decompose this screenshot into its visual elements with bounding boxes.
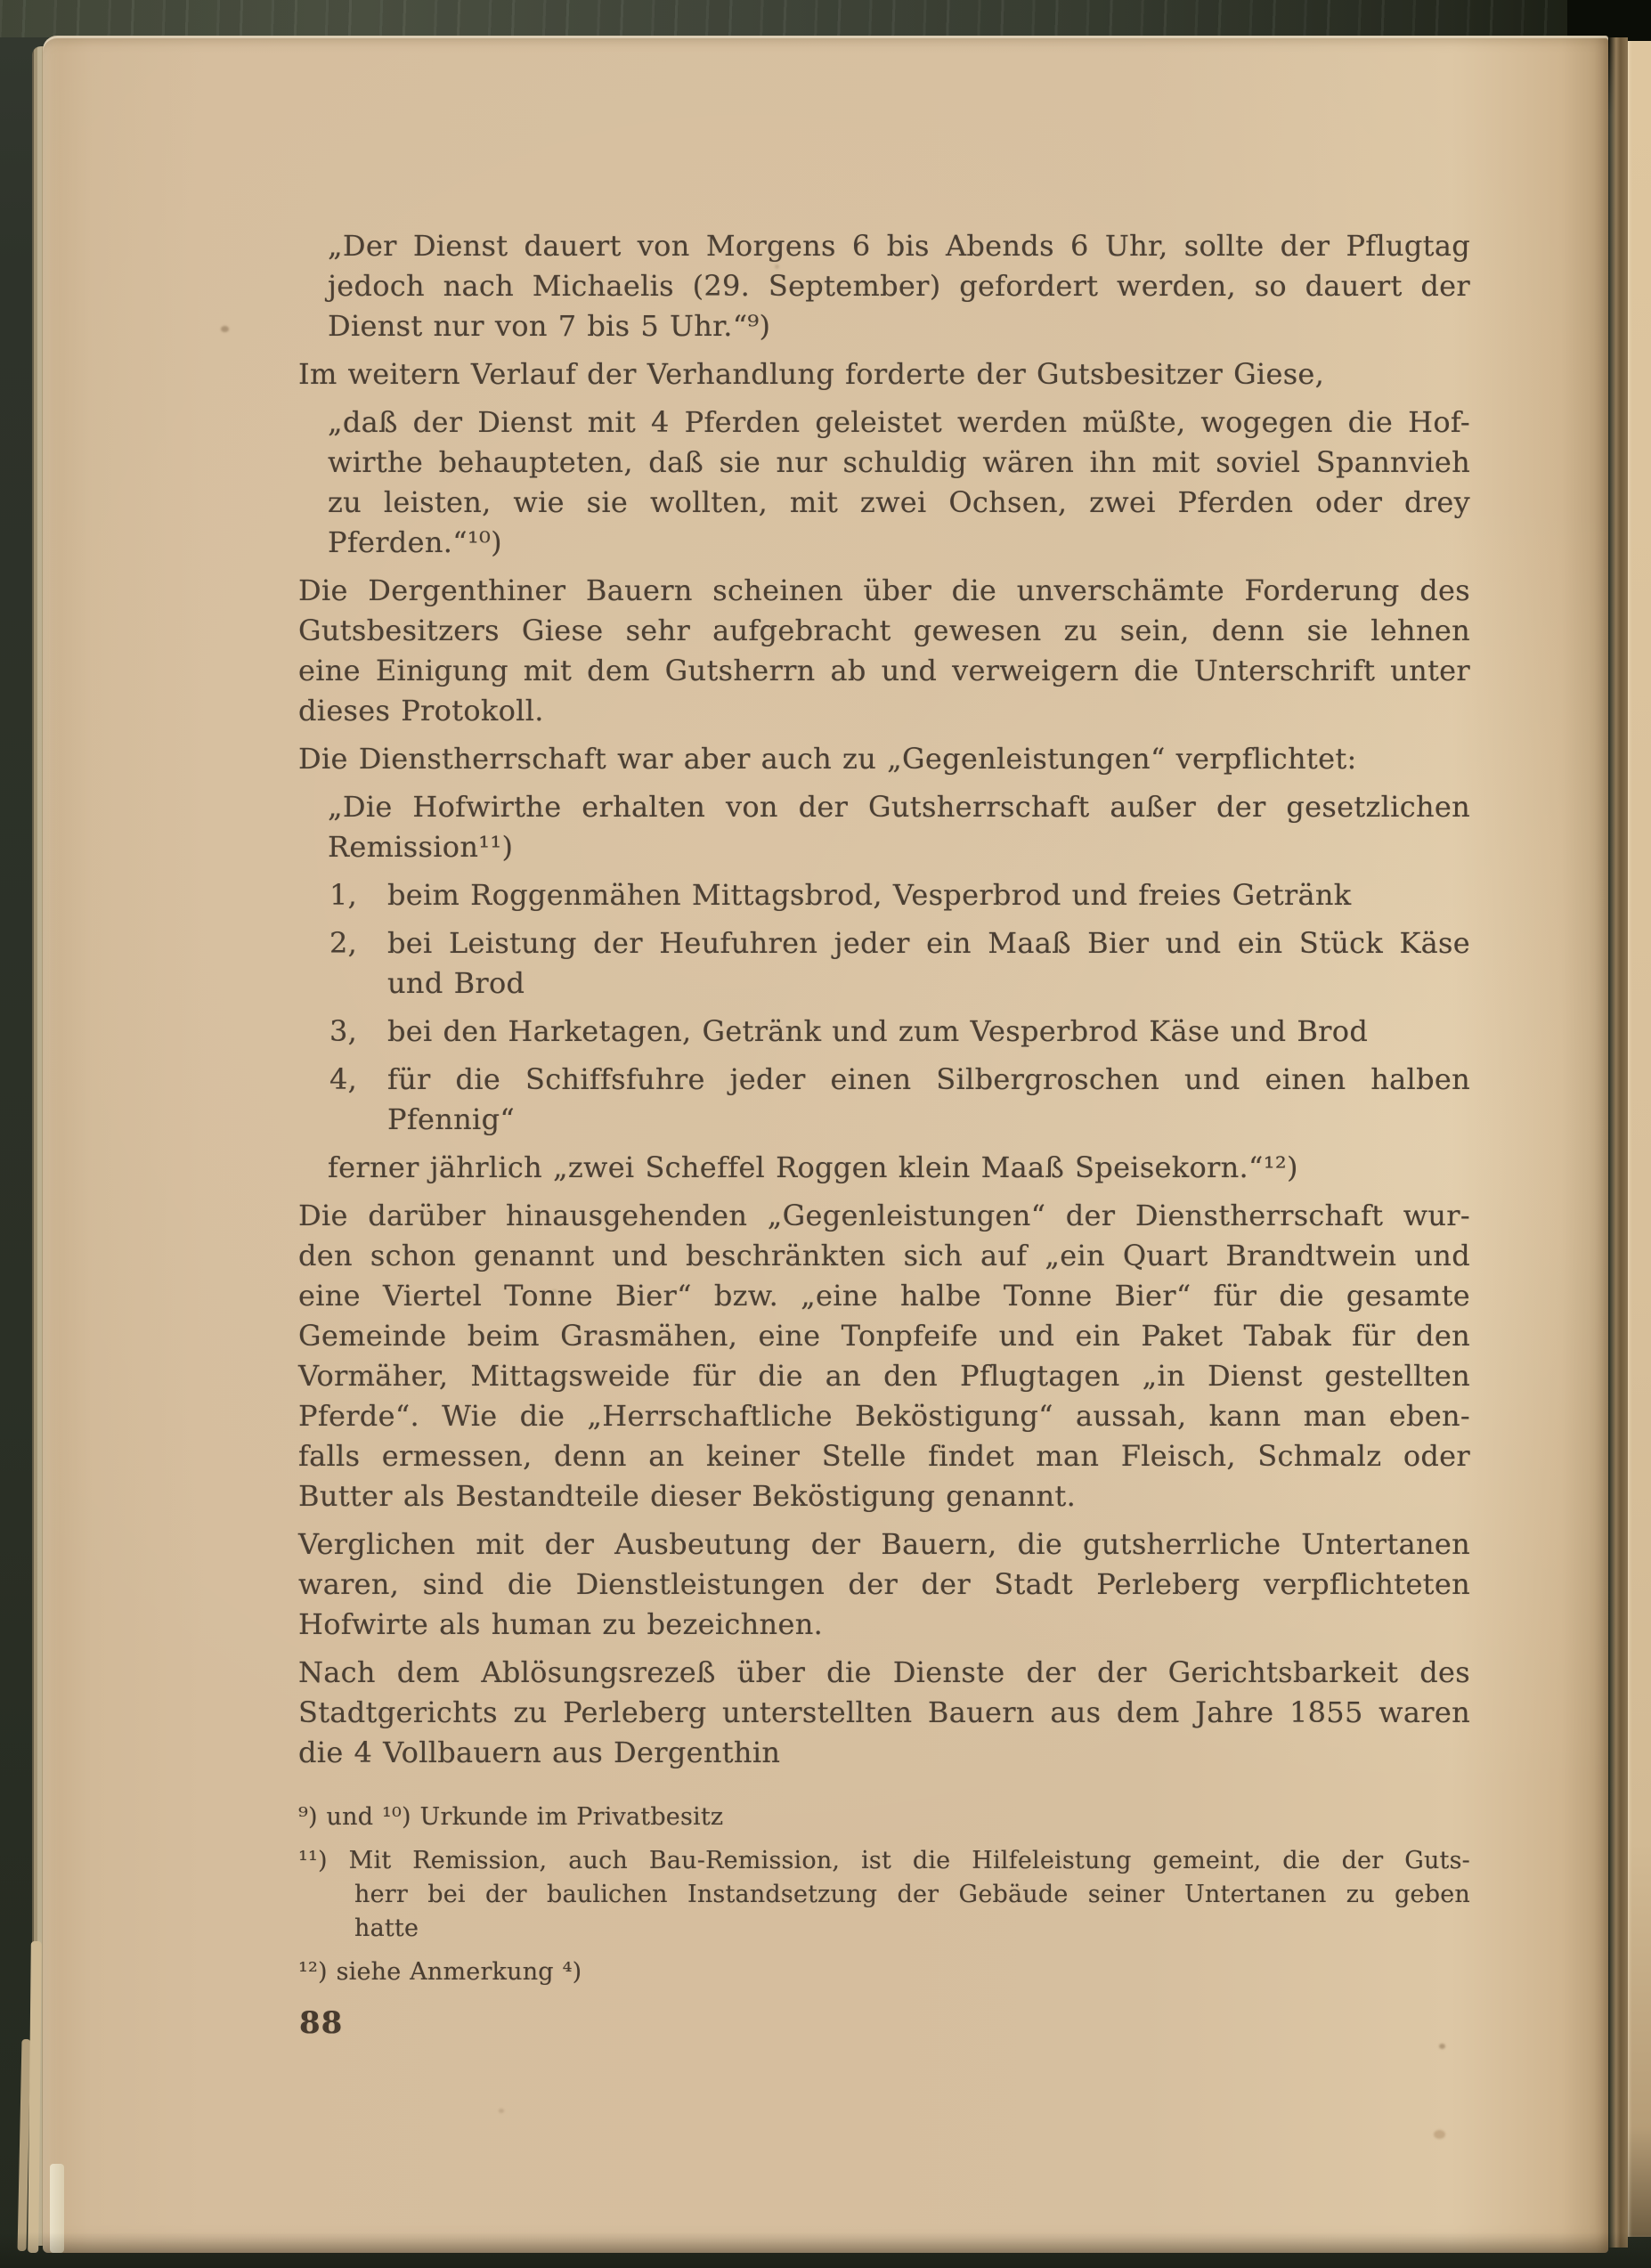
text-line: Stadtgerichts zu Perleberg unterstellten… [298, 1693, 1470, 1733]
paper-speck [499, 2109, 504, 2113]
text-line: Nach dem Ablösungsrezeß über die Dienste… [298, 1653, 1470, 1693]
text-line: die 4 Vollbauern aus Dergenthin [298, 1733, 1470, 1773]
text-line: ¹¹) Mit Remission, auch Bau-Remission, i… [354, 1844, 1470, 1878]
text-line: Butter als Bestandteile dieser Beköstigu… [298, 1476, 1470, 1516]
text-line: Die darüber hinausgehenden „Gegenleistun… [298, 1196, 1470, 1236]
paragraph: Im weitern Verlauf der Verhandlung forde… [298, 354, 1470, 394]
paper-speck [221, 326, 229, 332]
text-line: „Der Dienst dauert von Morgens 6 bis Abe… [328, 226, 1470, 266]
text-line: hatte [354, 1912, 1470, 1946]
text-line: Verglichen mit der Ausbeutung der Bauern… [298, 1524, 1470, 1565]
text-line: 4,für die Schiffsfuhre jeder einen Silbe… [387, 1060, 1470, 1100]
text-line: herr bei der baulichen Instandsetzung de… [354, 1878, 1470, 1912]
text-line: ⁹) und ¹⁰) Urkunde im Privatbesitz [354, 1801, 1470, 1834]
paragraph: Nach dem Ablösungsrezeß über die Dienste… [298, 1653, 1470, 1773]
text-line: Dienst nur von 7 bis 5 Uhr.“⁹) [328, 306, 1470, 346]
text-line: Die Dergenthiner Bauern scheinen über di… [298, 571, 1470, 611]
text-line: wirthe behaupteten, daß sie nur schuldig… [328, 443, 1470, 483]
list-item: 3,bei den Harketagen, Getränk und zum Ve… [298, 1012, 1470, 1052]
text-line: Die Dienstherrschaft war aber auch zu „G… [298, 739, 1470, 779]
list-marker: 1, [329, 875, 387, 915]
footnote: ¹¹) Mit Remission, auch Bau-Remission, i… [298, 1844, 1470, 1946]
quote-block: „daß der Dienst mit 4 Pferden geleistet … [298, 402, 1470, 563]
quote-continuation: ferner jährlich „zwei Scheffel Roggen kl… [298, 1148, 1470, 1188]
text-line: Hofwirte als human zu bezeichnen. [298, 1605, 1470, 1645]
text-line: „daß der Dienst mit 4 Pferden geleistet … [328, 402, 1470, 443]
text-line: „Die Hofwirthe erhalten von der Gutsherr… [328, 787, 1470, 827]
paragraph: Die darüber hinausgehenden „Gegenleistun… [298, 1196, 1470, 1516]
list-marker: 4, [329, 1060, 387, 1100]
text-line: 1,beim Roggenmähen Mittagsbrod, Vesperbr… [387, 875, 1470, 915]
text-line: ¹²) siehe Anmerkung ⁴) [354, 1955, 1470, 1989]
paragraph: Die Dergenthiner Bauern scheinen über di… [298, 571, 1470, 731]
page-number: 88 [299, 2005, 343, 2041]
background-top-band [0, 0, 1651, 37]
text-line: Gutsbesitzers Giese sehr aufgebracht gew… [298, 611, 1470, 651]
footnotes: ⁹) und ¹⁰) Urkunde im Privatbesitz¹¹) Mi… [298, 1801, 1470, 1989]
footnote: ⁹) und ¹⁰) Urkunde im Privatbesitz [298, 1801, 1470, 1834]
text-line: dieses Protokoll. [298, 691, 1470, 731]
book-photo-scene: „Der Dienst dauert von Morgens 6 bis Abe… [0, 0, 1651, 2268]
background-bottom-shadow [0, 2232, 1651, 2268]
paper-speck [1439, 2044, 1445, 2049]
text-line: den schon genannt und beschränkten sich … [298, 1236, 1470, 1276]
text-line: Remission¹¹) [328, 827, 1470, 867]
text-line: eine Einigung mit dem Gutsherrn ab und v… [298, 651, 1470, 691]
page-crease [1608, 37, 1628, 2248]
text-line: und Brod [387, 963, 1470, 1004]
text-line: ferner jährlich „zwei Scheffel Roggen kl… [328, 1148, 1470, 1188]
list-marker: 2, [329, 923, 387, 963]
list-item: 4,für die Schiffsfuhre jeder einen Silbe… [298, 1060, 1470, 1140]
text-line: 3,bei den Harketagen, Getränk und zum Ve… [387, 1012, 1470, 1052]
next-page-edge [1628, 41, 1651, 2237]
text-line: jedoch nach Michaelis (29. September) ge… [328, 266, 1470, 306]
list-item: 1,beim Roggenmähen Mittagsbrod, Vesperbr… [298, 875, 1470, 915]
paragraph: Verglichen mit der Ausbeutung der Bauern… [298, 1524, 1470, 1645]
list-item: 2,bei Leistung der Heufuhren jeder ein M… [298, 923, 1470, 1004]
body-text: „Der Dienst dauert von Morgens 6 bis Abe… [298, 226, 1470, 1773]
text-line: zu leisten, wie sie wollten, mit zwei Oc… [328, 483, 1470, 523]
text-line: Pferden.“¹⁰) [328, 523, 1470, 563]
text-line: waren, sind die Dienstleistungen der der… [298, 1565, 1470, 1605]
paper-speck [1434, 2130, 1445, 2139]
text-line: eine Viertel Tonne Bier“ bzw. „eine halb… [298, 1276, 1470, 1316]
text-line: 2,bei Leistung der Heufuhren jeder ein M… [387, 923, 1470, 963]
text-line: Pfennig“ [387, 1100, 1470, 1140]
quote-block: „Der Dienst dauert von Morgens 6 bis Abe… [298, 226, 1470, 346]
text-line: Gemeinde beim Grasmähen, eine Tonpfeife … [298, 1316, 1470, 1356]
text-line: Vormäher, Mittagsweide für die an den Pf… [298, 1356, 1470, 1396]
paragraph: Die Dienstherrschaft war aber auch zu „G… [298, 739, 1470, 779]
footnote: ¹²) siehe Anmerkung ⁴) [298, 1955, 1470, 1989]
quote-block: „Die Hofwirthe erhalten von der Gutsherr… [298, 787, 1470, 867]
text-line: Im weitern Verlauf der Verhandlung forde… [298, 354, 1470, 394]
text-line: Pferde“. Wie die „Herrschaftliche Beköst… [298, 1396, 1470, 1436]
text-line: falls ermessen, denn an keiner Stelle fi… [298, 1436, 1470, 1476]
list-marker: 3, [329, 1012, 387, 1052]
